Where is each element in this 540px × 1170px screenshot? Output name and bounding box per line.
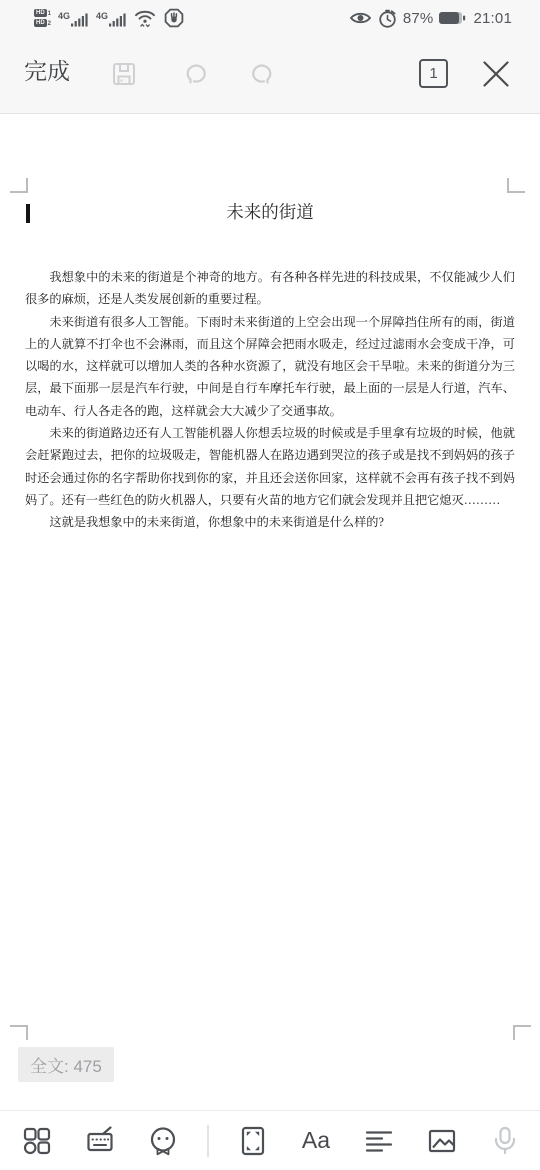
margin-corner-bottom-right (513, 1025, 531, 1040)
toolbar-divider (207, 1125, 209, 1157)
page-number-badge[interactable]: 1 (419, 59, 448, 88)
paragraph[interactable]: 我想象中的未来的街道是个神奇的地方。有各种各样先进的科技成果，不仅能减少人们很多… (25, 266, 515, 311)
interruption-free-icon (163, 7, 185, 29)
hd2-badge: HD (34, 19, 47, 27)
word-count-badge: 全文: 475 (18, 1047, 114, 1082)
margin-corner-top-right (507, 178, 525, 193)
hd1-sub: 1 (48, 11, 51, 17)
close-icon (481, 59, 511, 89)
fit-page-icon (235, 1123, 271, 1159)
paragraph[interactable]: 未来街道有很多人工智能。下雨时未来街道的上空会出现一个屏障挡住所有的雨，街道上的… (25, 311, 515, 422)
document-title[interactable]: 未来的街道 (0, 199, 540, 224)
document-body[interactable]: 我想象中的未来的街道是个神奇的地方。有各种各样先进的科技成果，不仅能减少人们很多… (25, 266, 515, 534)
wifi-icon (134, 9, 156, 28)
bottom-toolbar: Aa (0, 1110, 540, 1170)
status-left-cluster: HD 1 HD 2 4G (34, 7, 185, 29)
image-icon (424, 1123, 460, 1159)
alarm-icon (377, 8, 398, 29)
keyboard-icon (82, 1123, 118, 1159)
fit-page-button[interactable] (234, 1122, 272, 1160)
document-page[interactable]: 未来的街道 我想象中的未来的街道是个神奇的地方。有各种各样先进的科技成果，不仅能… (0, 114, 540, 1110)
tools-button[interactable] (18, 1122, 56, 1160)
top-chrome: HD 1 HD 2 4G (0, 0, 540, 114)
hd2-sub: 2 (48, 21, 51, 27)
close-button[interactable] (480, 58, 512, 90)
battery-percent: 87% (403, 10, 434, 27)
margin-corner-top-left (10, 178, 28, 193)
clock-time: 21:01 (473, 10, 512, 27)
wps-editor-screen: HD 1 HD 2 4G (0, 0, 540, 1170)
image-button[interactable] (423, 1122, 461, 1160)
status-right-cluster: 87% 21:01 (349, 8, 512, 29)
paragraph[interactable]: 未来的街道路边还有人工智能机器人你想丢垃圾的时候或是手里拿有垃圾的时候，他就会赶… (25, 422, 515, 511)
keyboard-button[interactable] (81, 1122, 119, 1160)
done-button[interactable]: 完成 (24, 53, 70, 86)
save-button[interactable] (108, 58, 140, 90)
sim2-network-type: 4G (96, 11, 108, 21)
font-icon: Aa (302, 1127, 330, 1154)
battery-icon (438, 11, 466, 25)
editor-toolbar: 完成 1 (0, 36, 540, 113)
volte-hd-icon: HD 1 HD 2 (34, 9, 51, 27)
signal-bars-icon (109, 10, 127, 27)
sim1-signal: 4G (58, 10, 89, 27)
save-icon (109, 59, 139, 89)
paragraph-icon (361, 1123, 397, 1159)
margin-corner-bottom-left (10, 1025, 28, 1040)
assistant-button[interactable] (144, 1122, 182, 1160)
redo-button[interactable] (246, 58, 278, 90)
tools-grid-icon (19, 1123, 55, 1159)
signal-bars-icon (71, 10, 89, 27)
status-bar: HD 1 HD 2 4G (0, 0, 540, 36)
font-button[interactable]: Aa (297, 1122, 335, 1160)
undo-button[interactable] (180, 58, 212, 90)
assistant-icon (145, 1123, 181, 1159)
redo-icon (247, 59, 277, 89)
eye-comfort-icon (349, 10, 372, 26)
voice-button[interactable] (486, 1122, 524, 1160)
hd1-badge: HD (34, 9, 47, 17)
paragraph[interactable]: 这就是我想象中的未来街道，你想象中的未来街道是什么样的? (25, 511, 515, 533)
sim2-signal: 4G (96, 10, 127, 27)
undo-icon (181, 59, 211, 89)
page-number: 1 (429, 65, 437, 82)
sim1-network-type: 4G (58, 11, 70, 21)
paragraph-button[interactable] (360, 1122, 398, 1160)
microphone-icon (487, 1123, 523, 1159)
